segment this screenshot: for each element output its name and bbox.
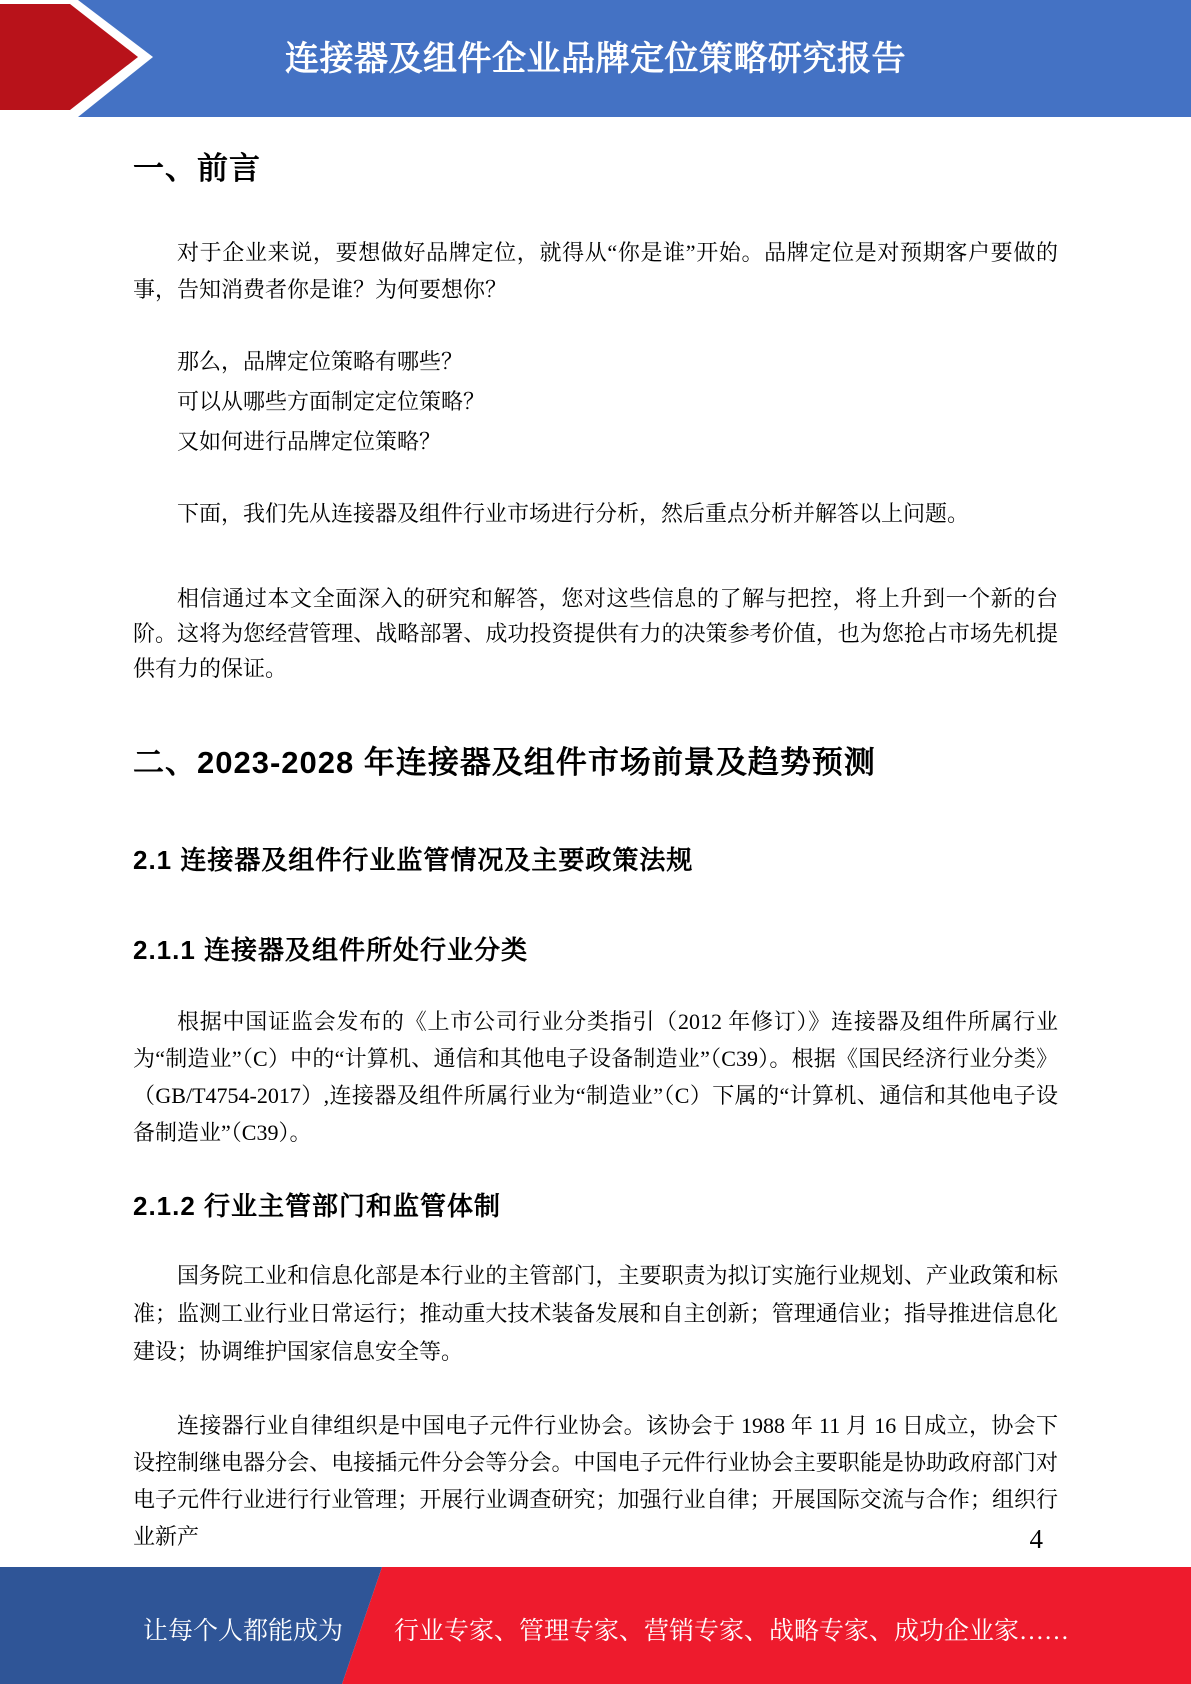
heading-2-1-1: 2.1.1 连接器及组件所处行业分类: [133, 930, 1123, 967]
paragraph-transition: 下面，我们先从连接器及组件行业市场进行分析，然后重点分析并解答以上问题。: [133, 495, 1058, 532]
question-list: 那么，品牌定位策略有哪些？ 可以从哪些方面制定定位策略？ 又如何进行品牌定位策略…: [133, 342, 1058, 462]
question-2: 可以从哪些方面制定定位策略？: [133, 382, 1058, 422]
footer-slogan-left: 让每个人都能成为: [143, 1611, 343, 1647]
question-3: 又如何进行品牌定位策略？: [133, 422, 1058, 462]
report-page: 连接器及组件企业品牌定位策略研究报告 一、前言 对于企业来说，要想做好品牌定位，…: [0, 0, 1191, 1684]
header-banner: 连接器及组件企业品牌定位策略研究报告: [0, 0, 1191, 117]
question-1: 那么，品牌定位策略有哪些？: [133, 342, 1058, 382]
footer-slogan-right: 行业专家、管理专家、营销专家、战略专家、成功企业家……: [394, 1611, 1069, 1647]
paragraph-intro: 对于企业来说，要想做好品牌定位，就得从“你是谁”开始。品牌定位是对预期客户要做的…: [133, 234, 1058, 308]
heading-2-1-2: 2.1.2 行业主管部门和监管体制: [133, 1186, 1123, 1223]
report-title: 连接器及组件企业品牌定位策略研究报告: [0, 31, 1191, 80]
paragraph-classification: 根据中国证监会发布的《上市公司行业分类指引（2012 年修订）》连接器及组件所属…: [133, 1003, 1058, 1151]
heading-preface: 一、前言: [133, 143, 1123, 188]
paragraph-regulator: 国务院工业和信息化部是本行业的主管部门，主要职责为拟订实施行业规划、产业政策和标…: [133, 1257, 1058, 1371]
paragraph-believe: 相信通过本文全面深入的研究和解答，您对这些信息的了解与把控，将上升到一个新的台阶…: [133, 581, 1058, 686]
heading-2-1: 2.1 连接器及组件行业监管情况及主要政策法规: [133, 840, 1123, 877]
footer-banner: 让每个人都能成为 行业专家、管理专家、营销专家、战略专家、成功企业家……: [0, 1567, 1191, 1684]
page-number: 4: [0, 1524, 1043, 1555]
heading-chapter-2: 二、2023-2028 年连接器及组件市场前景及趋势预测: [133, 737, 1123, 782]
